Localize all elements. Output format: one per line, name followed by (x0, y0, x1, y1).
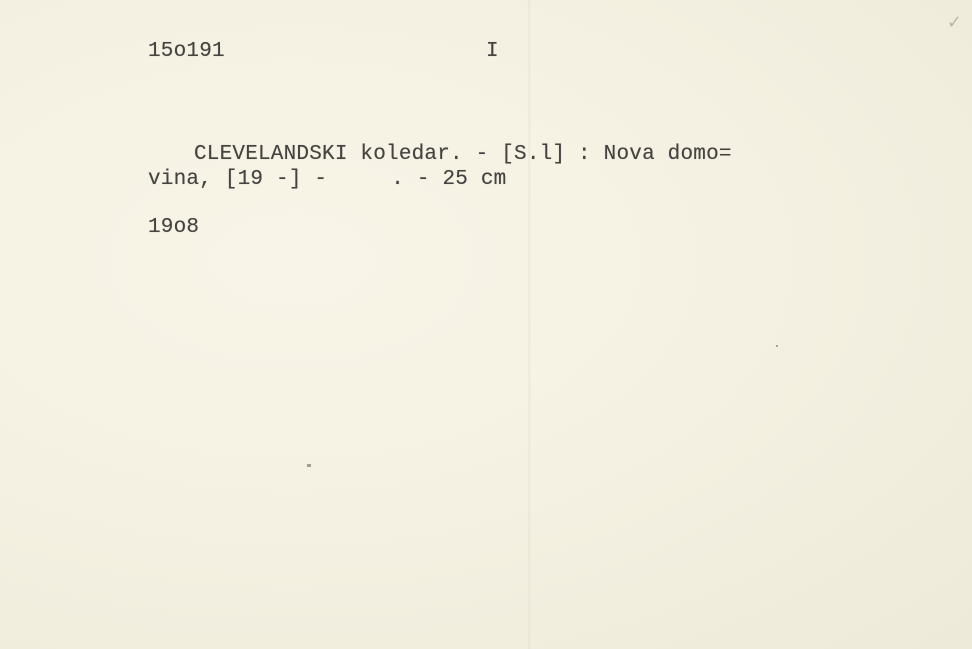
call-number: 15o191 (148, 40, 225, 64)
catalog-card: 15o191 I CLEVELANDSKI koledar. - [S.l] :… (0, 0, 972, 649)
paper-speck (726, 421, 728, 423)
holdings-year: 19o8 (148, 216, 199, 240)
check-mark-icon: ✓ (947, 12, 962, 33)
volume-marker: I (486, 40, 499, 64)
bibliographic-entry-line-2: vina, [19 -] - . - 25 cm (148, 168, 506, 192)
bibliographic-entry-line-1: CLEVELANDSKI koledar. - [S.l] : Nova dom… (194, 143, 732, 167)
paper-speck (776, 345, 778, 347)
paper-speck (307, 464, 311, 467)
